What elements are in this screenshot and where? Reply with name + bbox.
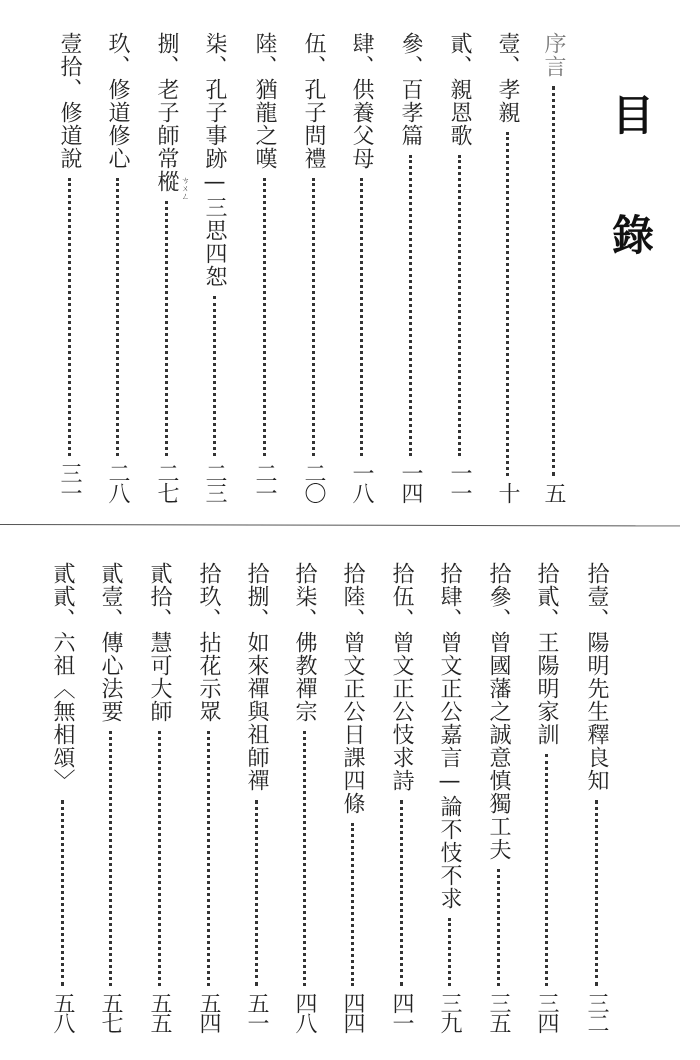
entry-title: 拾參、曾國藩之誠意慎獨工夫 — [483, 562, 513, 861]
dot-leader — [165, 201, 168, 456]
dot-leader — [360, 178, 363, 456]
toc-entry[interactable]: 陸、猶龍之嘆 二一 — [249, 32, 279, 502]
toc-entry[interactable]: 貳壹、傳心法要 五七 — [95, 562, 125, 1032]
page-number: 四四 — [337, 992, 367, 1032]
entry-title: 拾玖、拈花示眾 — [193, 562, 223, 723]
dot-leader — [68, 178, 71, 456]
dot-leader — [312, 178, 315, 456]
dot-leader — [409, 155, 412, 456]
dot-leader — [552, 86, 555, 476]
toc-bottom-section: 拾壹、陽明先生釋良知 三二 拾貳、王陽明家訓 三四 拾參、曾國藩之誠意慎獨工夫 … — [0, 530, 700, 1060]
phonetic-annotation: ㄘㄨㄥ — [180, 176, 191, 200]
toc-entry[interactable]: 伍、孔子問禮 二〇 — [298, 32, 328, 502]
toc-entry[interactable]: 貳貳、六祖〈無相頌〉 五八 — [47, 562, 77, 1032]
dot-leader — [109, 731, 112, 986]
dot-leader — [458, 155, 461, 456]
page-number: 五一 — [241, 992, 271, 1032]
page-number: 二〇 — [298, 462, 328, 502]
toc-entry[interactable]: 拾捌、如來禪與祖師禪 五一 — [241, 562, 271, 1032]
toc-entry[interactable]: 拾陸、曾文正公日課四條 四四 — [337, 562, 367, 1032]
dot-leader — [263, 178, 266, 456]
dot-leader — [506, 132, 509, 476]
toc-entry[interactable]: 捌、老子師常樅 二七 — [151, 32, 181, 502]
entry-title: 貳貳、六祖〈無相頌〉 — [47, 562, 77, 792]
dot-leader — [448, 918, 451, 986]
page-divider — [0, 524, 680, 526]
page-number: 三二 — [581, 992, 611, 1032]
page-number: 三九 — [434, 992, 464, 1032]
entry-title: 拾柒、佛教禪宗 — [289, 562, 319, 723]
dot-leader — [116, 178, 119, 456]
toc-entry[interactable]: 壹、孝親 十 — [492, 32, 522, 502]
entry-title: 貳拾、慧可大師 — [144, 562, 174, 723]
page-number: 五 — [538, 482, 568, 502]
entry-title: 陸、猶龍之嘆 — [249, 32, 279, 170]
dot-leader — [207, 731, 210, 986]
page-number: 一一 — [444, 462, 474, 502]
entry-title: 參、百孝篇 — [395, 32, 425, 147]
page-number: 五四 — [193, 992, 223, 1032]
dot-leader — [351, 823, 354, 986]
entry-title: 玖、修道修心 — [102, 32, 132, 170]
dot-leader — [61, 800, 64, 986]
entry-title: 柒、孔子事跡—三思四恕 — [199, 32, 229, 288]
page-number: 二一 — [249, 462, 279, 502]
dot-leader — [213, 296, 216, 456]
entry-title: 序言 — [538, 32, 568, 78]
toc-entry[interactable]: 拾貳、王陽明家訓 三四 — [531, 562, 561, 1032]
dot-leader — [158, 731, 161, 986]
dot-leader — [303, 731, 306, 986]
toc-entry[interactable]: 拾柒、佛教禪宗 四八 — [289, 562, 319, 1032]
page-number: 四一 — [386, 992, 416, 1032]
page-number: 三一 — [54, 462, 84, 502]
page-number: 三五 — [483, 992, 513, 1032]
dot-leader — [400, 800, 403, 986]
page-number: 一八 — [346, 462, 376, 502]
entry-title: 拾壹、陽明先生釋良知 — [581, 562, 611, 792]
page-number: 十 — [492, 482, 522, 502]
toc-entry[interactable]: 肆、供養父母 一八 — [346, 32, 376, 502]
toc-entry[interactable]: 貳拾、慧可大師 五五 — [144, 562, 174, 1032]
entry-title: 貳、親恩歌 — [444, 32, 474, 147]
toc-entry[interactable]: 拾玖、拈花示眾 五四 — [193, 562, 223, 1032]
toc-entry[interactable]: 拾參、曾國藩之誠意慎獨工夫 三五 — [483, 562, 513, 1032]
page-number: 一四 — [395, 462, 425, 502]
toc-entry[interactable]: 貳、親恩歌 一一 — [444, 32, 474, 502]
entry-title: 捌、老子師常樅 — [151, 32, 181, 193]
dot-leader — [255, 800, 258, 986]
entry-title: 壹拾、修道說 — [54, 32, 84, 170]
entry-title: 拾肆、曾文正公嘉言—論不忮不求 — [434, 562, 464, 910]
dot-leader — [595, 800, 598, 986]
toc-entry-preface[interactable]: 序言 五 — [538, 32, 568, 502]
page-number: 三四 — [531, 992, 561, 1032]
page-number: 五五 — [144, 992, 174, 1032]
page-number: 二七 — [151, 462, 181, 502]
toc-entry[interactable]: 柒、孔子事跡—三思四恕 二三 — [199, 32, 229, 502]
page-number: 四八 — [289, 992, 319, 1032]
entry-title: 伍、孔子問禮 — [298, 32, 328, 170]
toc-entry[interactable]: 拾壹、陽明先生釋良知 三二 — [581, 562, 611, 1032]
toc-entry[interactable]: 拾伍、曾文正公忮求詩 四一 — [386, 562, 416, 1032]
entry-title: 拾捌、如來禪與祖師禪 — [241, 562, 271, 792]
entry-title: 壹、孝親 — [492, 32, 522, 124]
toc-entry[interactable]: 壹拾、修道說 三一 — [54, 32, 84, 502]
toc-entry[interactable]: 參、百孝篇 一四 — [395, 32, 425, 502]
dot-leader — [545, 754, 548, 986]
toc-top-section: 序言 五 壹、孝親 十 貳、親恩歌 一一 參、百孝篇 一四 肆、供養父母 一八 … — [0, 0, 700, 520]
page-number: 五七 — [95, 992, 125, 1032]
entry-title: 貳壹、傳心法要 — [95, 562, 125, 723]
entry-title: 拾貳、王陽明家訓 — [531, 562, 561, 746]
page-number: 二八 — [102, 462, 132, 502]
toc-entry[interactable]: 玖、修道修心 二八 — [102, 32, 132, 502]
toc-entry[interactable]: 拾肆、曾文正公嘉言—論不忮不求 三九 — [434, 562, 464, 1032]
entry-title: 拾陸、曾文正公日課四條 — [337, 562, 367, 815]
page-number: 二三 — [199, 462, 229, 502]
entry-title: 拾伍、曾文正公忮求詩 — [386, 562, 416, 792]
entry-title: 肆、供養父母 — [346, 32, 376, 170]
page-number: 五八 — [47, 992, 77, 1032]
dot-leader — [497, 869, 500, 986]
